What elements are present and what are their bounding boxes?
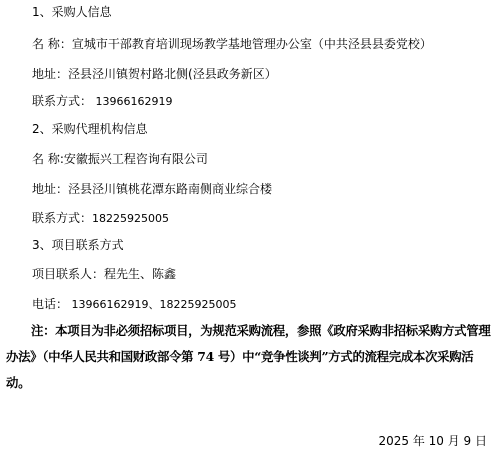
agency-name-label: 名 称:	[32, 152, 64, 166]
purchaser-name-label: 名 称：	[32, 37, 72, 51]
section-3-heading: 3、项目联系方式	[32, 238, 124, 252]
project-contact-person-label: 项目联系人：	[32, 267, 104, 281]
agency-name-value: 安徽振兴工程咨询有限公司	[64, 152, 208, 166]
project-phone: 电话： 13966162919、18225925005	[32, 297, 236, 312]
purchaser-address-label: 地址：	[32, 67, 68, 81]
project-phone-label: 电话：	[32, 297, 68, 311]
procurement-note: 注：本项目为非必须招标项目，为规范采购流程，参照《政府采购非招标采购方式管理办法…	[6, 318, 492, 396]
announcement-date: 2025 年 10 月 9 日	[378, 432, 487, 449]
agency-address-value: 泾县泾川镇桃花潭东路南侧商业综合楼	[68, 182, 272, 196]
agency-name: 名 称:安徽振兴工程咨询有限公司	[32, 152, 208, 166]
project-contact-person-value: 程先生、陈鑫	[104, 267, 176, 281]
section-1-heading: 1、采购人信息	[32, 5, 112, 19]
purchaser-contact-label: 联系方式：	[32, 94, 92, 108]
agency-address: 地址：泾县泾川镇桃花潭东路南侧商业综合楼	[32, 182, 272, 196]
agency-contact-label: 联系方式：	[32, 211, 92, 225]
agency-contact: 联系方式：18225925005	[32, 211, 169, 226]
section-2-heading: 2、采购代理机构信息	[32, 122, 148, 136]
purchaser-address-value: 泾县泾川镇贺村路北侧(泾县政务新区）	[68, 67, 277, 81]
project-contact-person: 项目联系人：程先生、陈鑫	[32, 267, 176, 281]
purchaser-contact: 联系方式： 13966162919	[32, 94, 173, 109]
project-phone-value: 13966162919、18225925005	[68, 298, 236, 311]
agency-contact-value: 18225925005	[92, 212, 169, 225]
purchaser-name: 名 称：宣城市干部教育培训现场教学基地管理办公室（中共泾县县委党校）	[32, 37, 432, 51]
purchaser-contact-value: 13966162919	[92, 95, 172, 108]
purchaser-address: 地址：泾县泾川镇贺村路北侧(泾县政务新区）	[32, 67, 277, 81]
purchaser-name-value: 宣城市干部教育培训现场教学基地管理办公室（中共泾县县委党校）	[72, 37, 432, 51]
agency-address-label: 地址：	[32, 182, 68, 196]
